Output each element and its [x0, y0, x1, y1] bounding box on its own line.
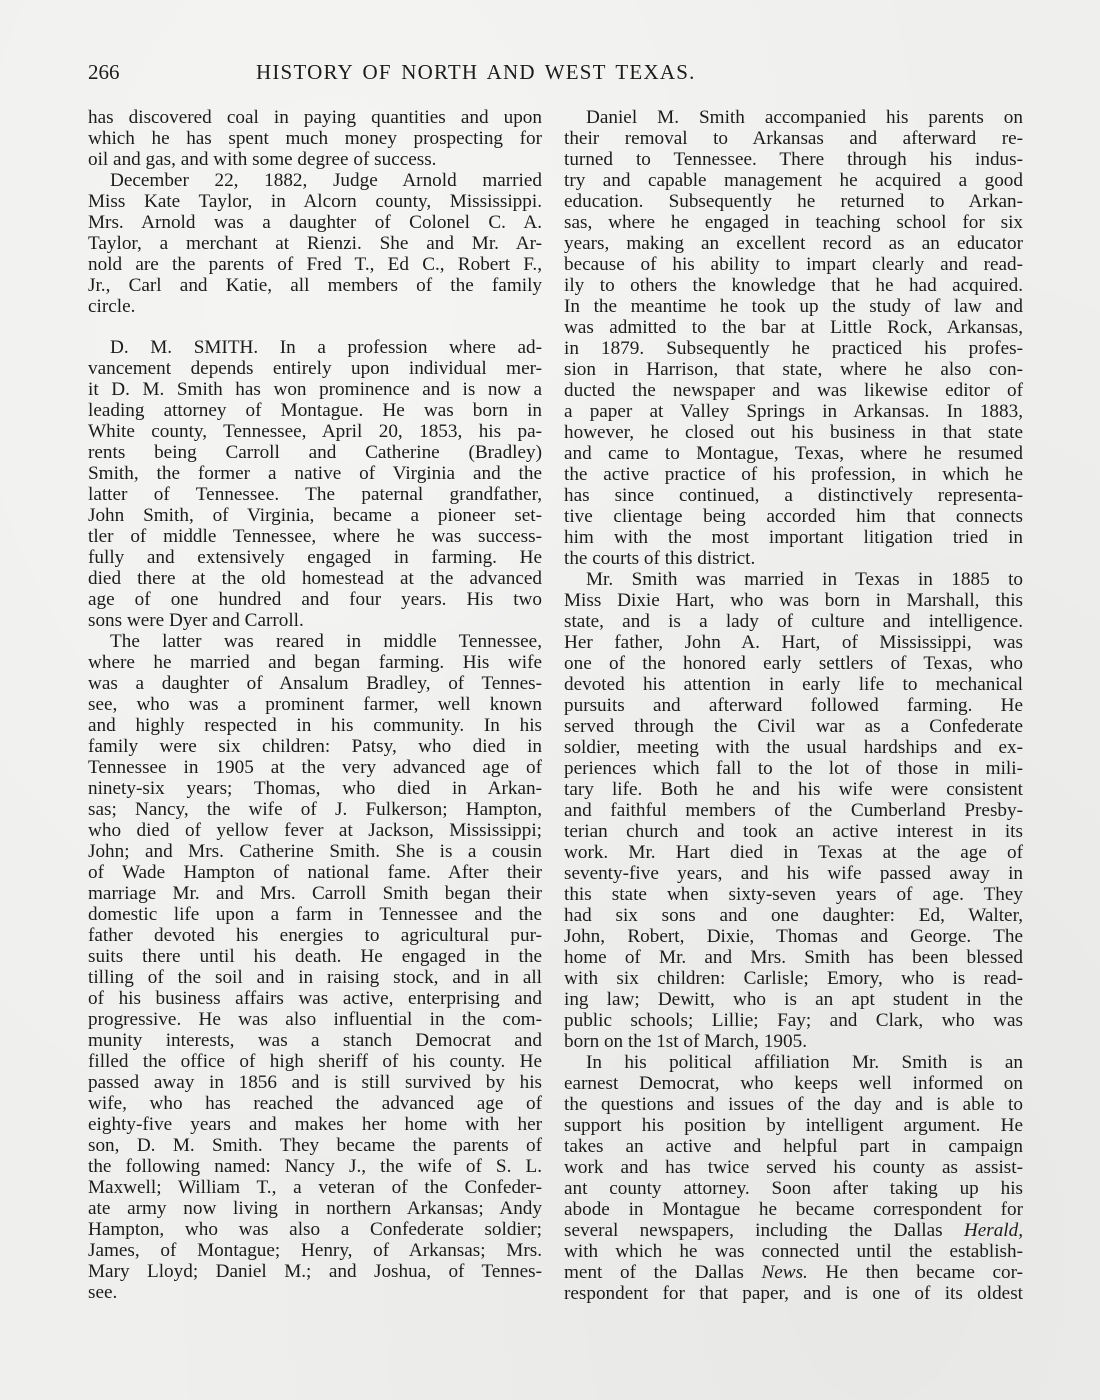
paragraph-marriage-hart: Mr. Smith was married in Texas in 1885 t…: [564, 569, 1023, 1052]
page-number: 266: [88, 60, 120, 85]
text-line: support his position by intelligent argu…: [564, 1115, 1023, 1136]
text-line: Daniel M. Smith accompanied his parents …: [564, 107, 1023, 128]
text-line: one of the honored early settlers of Tex…: [564, 653, 1023, 674]
text-line: which he has spent much money prospectin…: [88, 128, 542, 149]
text-line: work. Mr. Hart died in Texas at the age …: [564, 842, 1023, 863]
text-line: Miss Dixie Hart, who was born in Marshal…: [564, 590, 1023, 611]
text-fragment: several newspapers, including the Dallas: [564, 1220, 943, 1241]
text-line: periences which fall to the lot of those…: [564, 758, 1023, 779]
text-line: served through the Civil war as a Confed…: [564, 716, 1023, 737]
text-line: state, and is a lady of culture and inte…: [564, 611, 1023, 632]
text-line: a paper at Valley Springs in Arkansas. I…: [564, 401, 1023, 422]
text-line: takes an active and helpful part in camp…: [564, 1136, 1023, 1157]
text-line: father devoted his energies to agricultu…: [88, 925, 542, 946]
text-line: earnest Democrat, who keeps well informe…: [564, 1073, 1023, 1094]
text-line: Her father, John A. Hart, of Mississippi…: [564, 632, 1023, 653]
text-line: tler of middle Tennessee, where he was s…: [88, 526, 542, 547]
text-line: who died of yellow fever at Jackson, Mis…: [88, 820, 542, 841]
text-line: ate army now living in northern Arkansas…: [88, 1198, 542, 1219]
text-line: because of his ability to impart clearly…: [564, 254, 1023, 275]
text-line: sion in Harrison, that state, where he a…: [564, 359, 1023, 380]
text-line: was admitted to the bar at Little Rock, …: [564, 317, 1023, 338]
text-line: filled the office of high sheriff of his…: [88, 1051, 542, 1072]
text-line: see.: [88, 1282, 542, 1303]
text-line: leading attorney of Montague. He was bor…: [88, 400, 542, 421]
text-line: him with the most important litigation t…: [564, 527, 1023, 548]
text-line: wife, who has reached the advanced age o…: [88, 1093, 542, 1114]
section-gap: [88, 317, 542, 337]
left-column: has discovered coal in paying quantities…: [88, 107, 542, 1303]
text-line: circle.: [88, 296, 542, 317]
text-line: in 1879. Subsequently he practiced his p…: [564, 338, 1023, 359]
paragraph-political-affiliation: In his political affiliation Mr. Smith i…: [564, 1052, 1023, 1304]
text-line: John Smith, of Virginia, became a pionee…: [88, 505, 542, 526]
text-line: fully and extensively engaged in farming…: [88, 547, 542, 568]
text-line: of his business affairs was active, ente…: [88, 988, 542, 1009]
right-column: Daniel M. Smith accompanied his parents …: [564, 107, 1023, 1304]
text-line: tary life. Both he and his wife were con…: [564, 779, 1023, 800]
text-line: Mr. Smith was married in Texas in 1885 t…: [564, 569, 1023, 590]
text-line: ninety-six years; Thomas, who died in Ar…: [88, 778, 542, 799]
text-line: the active practice of his profession, i…: [564, 464, 1023, 485]
text-line: this state when sixty-seven years of age…: [564, 884, 1023, 905]
text-line: December 22, 1882, Judge Arnold married: [88, 170, 542, 191]
running-head: 266 HISTORY OF NORTH AND WEST TEXAS.: [0, 60, 1100, 90]
text-line: Jr., Carl and Katie, all members of the …: [88, 275, 542, 296]
text-line: ing law; Dewitt, who is an apt student i…: [564, 989, 1023, 1010]
text-line: latter of Tennessee. The paternal grandf…: [88, 484, 542, 505]
paragraph-carroll-smith: The latter was reared in middle Tennesse…: [88, 631, 542, 1303]
text-line: with six children: Carlisle; Emory, who …: [564, 968, 1023, 989]
text-line: suits there until his death. He engaged …: [88, 946, 542, 967]
text-line: the courts of this district.: [564, 548, 1023, 569]
text-line: where he married and began farming. His …: [88, 652, 542, 673]
text-line: their removal to Arkansas and afterward …: [564, 128, 1023, 149]
text-line: ducted the newspaper and was likewise ed…: [564, 380, 1023, 401]
text-line: and came to Montague, Texas, where he re…: [564, 443, 1023, 464]
text-line: abode in Montague he became corresponden…: [564, 1199, 1023, 1220]
text-line: John, Robert, Dixie, Thomas and George. …: [564, 926, 1023, 947]
text-line: home of Mr. and Mrs. Smith has been bles…: [564, 947, 1023, 968]
text-line: devoted his attention in early life to m…: [564, 674, 1023, 695]
paragraph-daniel-career: Daniel M. Smith accompanied his parents …: [564, 107, 1023, 569]
text-fragment: ment of the Dallas: [564, 1262, 744, 1283]
text-line: ant county attorney. Soon after taking u…: [564, 1178, 1023, 1199]
text-line: Miss Kate Taylor, in Alcorn county, Miss…: [88, 191, 542, 212]
text-line: D. M. SMITH. In a profession where ad-: [88, 337, 542, 358]
text-line: turned to Tennessee. There through his i…: [564, 149, 1023, 170]
text-line: marriage Mr. and Mrs. Carroll Smith bega…: [88, 883, 542, 904]
text-line: sas; Nancy, the wife of J. Fulkerson; Ha…: [88, 799, 542, 820]
text-line: had six sons and one daughter: Ed, Walte…: [564, 905, 1023, 926]
text-line: ily to others the knowledge that he had …: [564, 275, 1023, 296]
text-line: work and has twice served his county as …: [564, 1157, 1023, 1178]
text-line: Smith, the former a native of Virginia a…: [88, 463, 542, 484]
text-line: John; and Mrs. Catherine Smith. She is a…: [88, 841, 542, 862]
newspaper-title-herald: Herald,: [964, 1220, 1023, 1241]
text-line: sons were Dyer and Carroll.: [88, 610, 542, 631]
text-line: education. Subsequently he returned to A…: [564, 191, 1023, 212]
text-line: public schools; Lillie; Fay; and Clark, …: [564, 1010, 1023, 1031]
text-line: Maxwell; William T., a veteran of the Co…: [88, 1177, 542, 1198]
text-line: Mrs. Arnold was a daughter of Colonel C.…: [88, 212, 542, 233]
text-line: Tennessee in 1905 at the very advanced a…: [88, 757, 542, 778]
text-line: tilling of the soil and in raising stock…: [88, 967, 542, 988]
text-line: tive clientage being accorded him that c…: [564, 506, 1023, 527]
text-fragment: He then became cor-: [826, 1262, 1023, 1283]
text-line: died there at the old homestead at the a…: [88, 568, 542, 589]
text-line: see, who was a prominent farmer, well kn…: [88, 694, 542, 715]
paragraph-arnold-marriage: December 22, 1882, Judge Arnold married …: [88, 170, 542, 317]
running-title: HISTORY OF NORTH AND WEST TEXAS.: [256, 60, 696, 85]
text-line-herald: several newspapers, including the Dallas…: [564, 1220, 1023, 1241]
text-line: with which he was connected until the es…: [564, 1241, 1023, 1262]
text-line: respondent for that paper, and is one of…: [564, 1283, 1023, 1304]
text-line: has since continued, a distinctively rep…: [564, 485, 1023, 506]
text-line: sas, where he engaged in teaching school…: [564, 212, 1023, 233]
text-line: Taylor, a merchant at Rienzi. She and Mr…: [88, 233, 542, 254]
text-line: White county, Tennessee, April 20, 1853,…: [88, 421, 542, 442]
text-line: In his political affiliation Mr. Smith i…: [564, 1052, 1023, 1073]
text-line: age of one hundred and four years. His t…: [88, 589, 542, 610]
text-line: has discovered coal in paying quantities…: [88, 107, 542, 128]
text-line: rents being Carroll and Catherine (Bradl…: [88, 442, 542, 463]
text-line: was a daughter of Ansalum Bradley, of Te…: [88, 673, 542, 694]
text-line: born on the 1st of March, 1905.: [564, 1031, 1023, 1052]
text-line: progressive. He was also influential in …: [88, 1009, 542, 1030]
text-line: Hampton, who was also a Confederate sold…: [88, 1219, 542, 1240]
text-line: the following named: Nancy J., the wife …: [88, 1156, 542, 1177]
text-line: oil and gas, and with some degree of suc…: [88, 149, 542, 170]
paragraph-dm-smith-intro: D. M. SMITH. In a profession where ad- v…: [88, 337, 542, 631]
text-line: however, he closed out his business in t…: [564, 422, 1023, 443]
text-line: soldier, meeting with the usual hardship…: [564, 737, 1023, 758]
paragraph-arnold-continued: has discovered coal in paying quantities…: [88, 107, 542, 170]
text-line: and highly respected in his community. I…: [88, 715, 542, 736]
text-line: In the meantime he took up the study of …: [564, 296, 1023, 317]
text-line: James, of Montague; Henry, of Arkansas; …: [88, 1240, 542, 1261]
text-line: the questions and issues of the day and …: [564, 1094, 1023, 1115]
text-line: eighty-five years and makes her home wit…: [88, 1114, 542, 1135]
text-line: Mary Lloyd; Daniel M.; and Joshua, of Te…: [88, 1261, 542, 1282]
text-line: munity interests, was a stanch Democrat …: [88, 1030, 542, 1051]
text-line: family were six children: Patsy, who die…: [88, 736, 542, 757]
text-line: terian church and took an active interes…: [564, 821, 1023, 842]
text-line: son, D. M. Smith. They became the parent…: [88, 1135, 542, 1156]
text-line-news: ment of the Dallas News. He then became …: [564, 1262, 1023, 1283]
text-line: try and capable management he acquired a…: [564, 170, 1023, 191]
text-line: seventy-five years, and his wife passed …: [564, 863, 1023, 884]
text-line: passed away in 1856 and is still survive…: [88, 1072, 542, 1093]
newspaper-title-news: News.: [761, 1262, 807, 1283]
text-line: pursuits and afterward followed farming.…: [564, 695, 1023, 716]
text-line: domestic life upon a farm in Tennessee a…: [88, 904, 542, 925]
text-line: and faithful members of the Cumberland P…: [564, 800, 1023, 821]
text-line: nold are the parents of Fred T., Ed C., …: [88, 254, 542, 275]
text-line: of Wade Hampton of national fame. After …: [88, 862, 542, 883]
text-line: The latter was reared in middle Tennesse…: [88, 631, 542, 652]
text-line: vancement depends entirely upon individu…: [88, 358, 542, 379]
text-line: years, making an excellent record as an …: [564, 233, 1023, 254]
text-line: it D. M. Smith has won prominence and is…: [88, 379, 542, 400]
